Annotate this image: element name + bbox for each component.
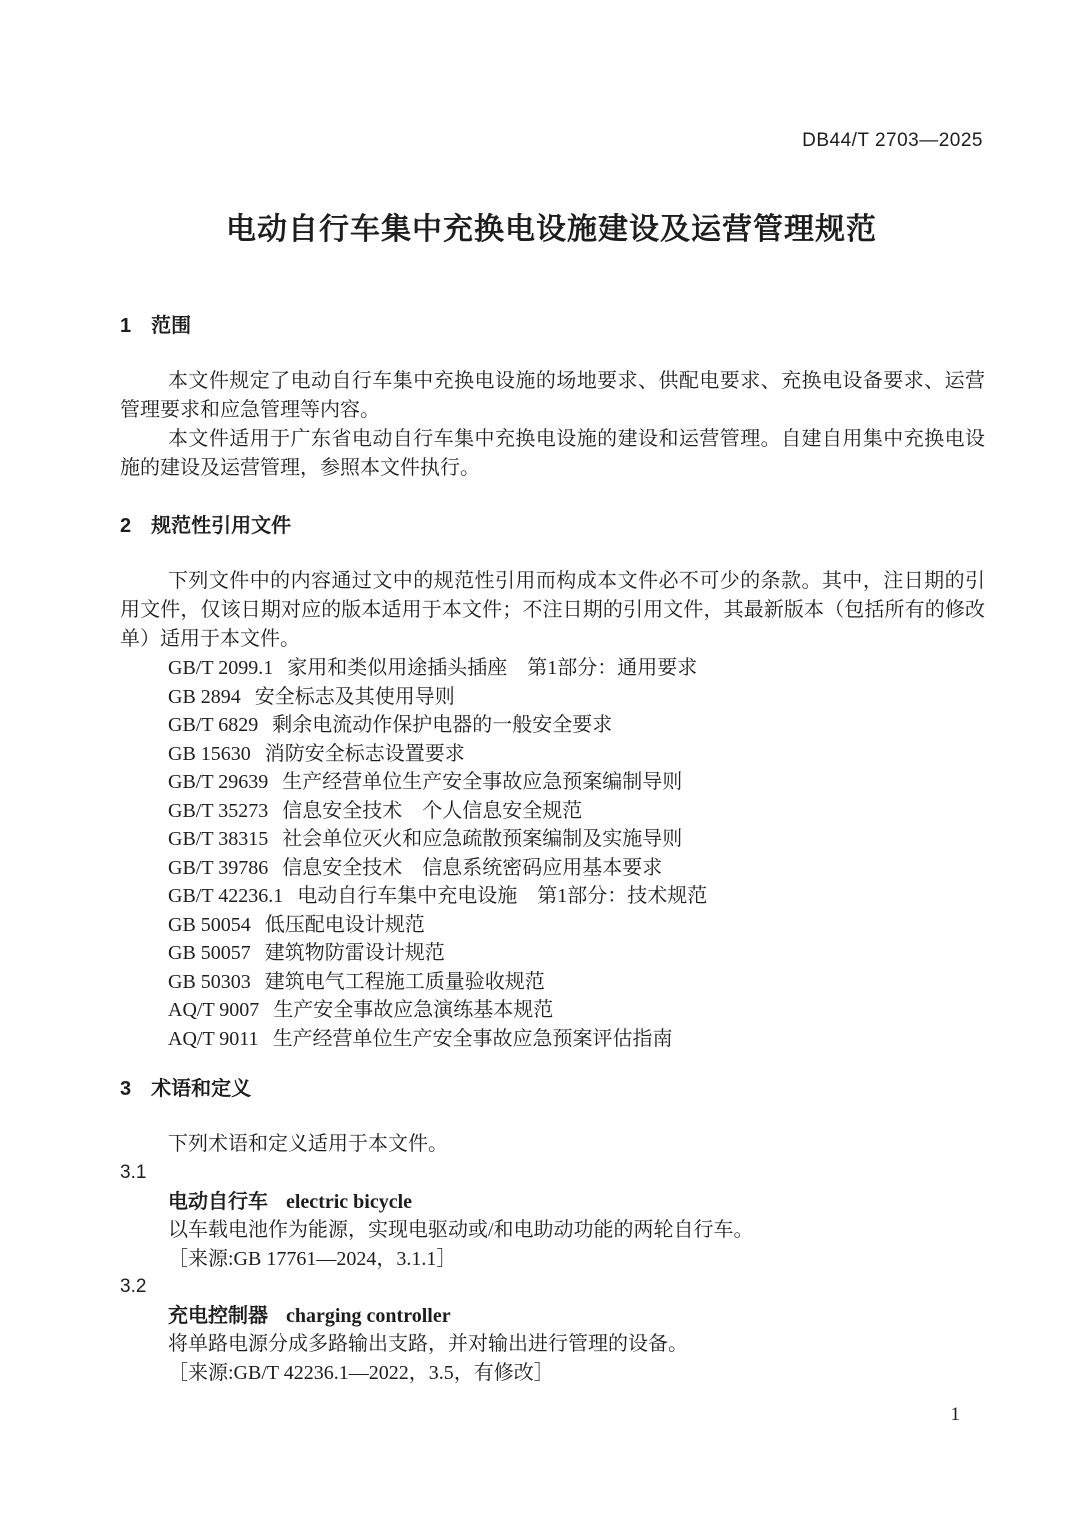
reference-code: GB/T 6829 [168, 714, 258, 736]
reference-item: GB 50303建筑电气工程施工质量验收规范 [120, 968, 985, 997]
scope-paragraph-1: 本文件规定了电动自行车集中充换电设施的场地要求、供配电要求、充换电设备要求、运营… [120, 367, 985, 425]
section-3-heading: 3术语和定义 [120, 1075, 983, 1104]
reference-item: GB/T 38315社会单位灭火和应急疏散预案编制及实施导则 [120, 825, 985, 854]
term-name: 电动自行车electric bicycle [120, 1188, 985, 1217]
section-2-title: 规范性引用文件 [151, 515, 291, 537]
reference-item: GB/T 2099.1家用和类似用途插头插座 第1部分：通用要求 [120, 654, 985, 683]
reference-code: GB/T 42236.1 [168, 885, 283, 907]
term-name-en: electric bicycle [286, 1191, 412, 1213]
reference-title: 消防安全标志设置要求 [265, 743, 465, 765]
reference-title: 生产经营单位生产安全事故应急预案编制导则 [282, 771, 682, 793]
reference-code: GB 50054 [168, 914, 251, 936]
term-name-zh: 电动自行车 [168, 1191, 268, 1213]
reference-item: GB/T 39786信息安全技术 信息系统密码应用基本要求 [120, 854, 985, 883]
reference-item: GB 50054低压配电设计规范 [120, 911, 985, 940]
terms-block: 3.1 电动自行车electric bicycle 以车载电池作为能源，实现电驱… [120, 1159, 985, 1387]
reference-title: 信息安全技术 信息系统密码应用基本要求 [282, 857, 662, 879]
reference-title: 建筑物防雷设计规范 [265, 942, 445, 964]
reference-item: AQ/T 9007生产安全事故应急演练基本规范 [120, 996, 985, 1025]
document-page: DB44/T 2703—2025 电动自行车集中充换电设施建设及运营管理规范 1… [0, 0, 1080, 1527]
term-name: 充电控制器charging controller [120, 1302, 985, 1331]
term-entry: 3.1 电动自行车electric bicycle 以车载电池作为能源，实现电驱… [120, 1159, 985, 1273]
page-number: 1 [951, 1404, 961, 1426]
reference-title: 剩余电流动作保护电器的一般安全要求 [272, 714, 612, 736]
document-title: 电动自行车集中充换电设施建设及运营管理规范 [120, 208, 983, 252]
section-3-title: 术语和定义 [151, 1078, 251, 1100]
reference-title: 社会单位灭火和应急疏散预案编制及实施导则 [282, 828, 682, 850]
reference-code: GB/T 35273 [168, 800, 268, 822]
term-name-zh: 充电控制器 [168, 1305, 268, 1327]
reference-item: AQ/T 9011生产经营单位生产安全事故应急预案评估指南 [120, 1025, 985, 1054]
section-1-heading: 1范围 [120, 312, 983, 341]
term-number: 3.2 [120, 1273, 985, 1302]
section-3-number: 3 [120, 1078, 131, 1100]
term-number: 3.1 [120, 1159, 985, 1188]
reference-code: GB 15630 [168, 743, 251, 765]
reference-code: GB/T 29639 [168, 771, 268, 793]
reference-code: GB 2894 [168, 686, 241, 708]
reference-item: GB/T 42236.1电动自行车集中充电设施 第1部分：技术规范 [120, 882, 985, 911]
term-source: ［来源:GB/T 42236.1—2022，3.5，有修改］ [120, 1359, 985, 1388]
reference-code: AQ/T 9007 [168, 999, 259, 1021]
term-definition: 以车载电池作为能源，实现电驱动或/和电助动功能的两轮自行车。 [120, 1216, 985, 1245]
reference-title: 家用和类似用途插头插座 第1部分：通用要求 [287, 657, 697, 679]
references-intro-paragraph: 下列文件中的内容通过文中的规范性引用而构成本文件必不可少的条款。其中，注日期的引… [120, 567, 985, 654]
reference-item: GB 15630消防安全标志设置要求 [120, 740, 985, 769]
section-1-number: 1 [120, 315, 131, 337]
reference-title: 低压配电设计规范 [265, 914, 425, 936]
reference-title: 安全标志及其使用导则 [255, 686, 455, 708]
term-definition: 将单路电源分成多路输出支路，并对输出进行管理的设备。 [120, 1330, 985, 1359]
reference-item: GB/T 6829剩余电流动作保护电器的一般安全要求 [120, 711, 985, 740]
section-1-title: 范围 [151, 315, 191, 337]
reference-code: GB/T 39786 [168, 857, 268, 879]
reference-title: 生产安全事故应急演练基本规范 [273, 999, 553, 1021]
term-entry: 3.2 充电控制器charging controller 将单路电源分成多路输出… [120, 1273, 985, 1387]
reference-code: GB/T 38315 [168, 828, 268, 850]
section-2-number: 2 [120, 515, 131, 537]
reference-title: 电动自行车集中充电设施 第1部分：技术规范 [297, 885, 707, 907]
scope-paragraph-2: 本文件适用于广东省电动自行车集中充换电设施的建设和运营管理。自建自用集中充换电设… [120, 425, 985, 483]
reference-item: GB/T 35273信息安全技术 个人信息安全规范 [120, 797, 985, 826]
reference-item: GB 50057建筑物防雷设计规范 [120, 939, 985, 968]
term-source: ［来源:GB 17761—2024，3.1.1］ [120, 1245, 985, 1274]
term-name-en: charging controller [286, 1305, 451, 1327]
reference-list: GB/T 2099.1家用和类似用途插头插座 第1部分：通用要求 GB 2894… [120, 654, 985, 1053]
reference-code: GB 50057 [168, 942, 251, 964]
reference-item: GB/T 29639生产经营单位生产安全事故应急预案编制导则 [120, 768, 985, 797]
section-2-heading: 2规范性引用文件 [120, 512, 983, 541]
reference-title: 生产经营单位生产安全事故应急预案评估指南 [273, 1028, 673, 1050]
reference-code: AQ/T 9011 [168, 1028, 259, 1050]
reference-code: GB 50303 [168, 971, 251, 993]
reference-item: GB 2894安全标志及其使用导则 [120, 683, 985, 712]
reference-title: 建筑电气工程施工质量验收规范 [265, 971, 545, 993]
reference-title: 信息安全技术 个人信息安全规范 [282, 800, 582, 822]
terms-intro-paragraph: 下列术语和定义适用于本文件。 [120, 1130, 985, 1159]
standard-code: DB44/T 2703—2025 [120, 0, 983, 152]
reference-code: GB/T 2099.1 [168, 657, 273, 679]
